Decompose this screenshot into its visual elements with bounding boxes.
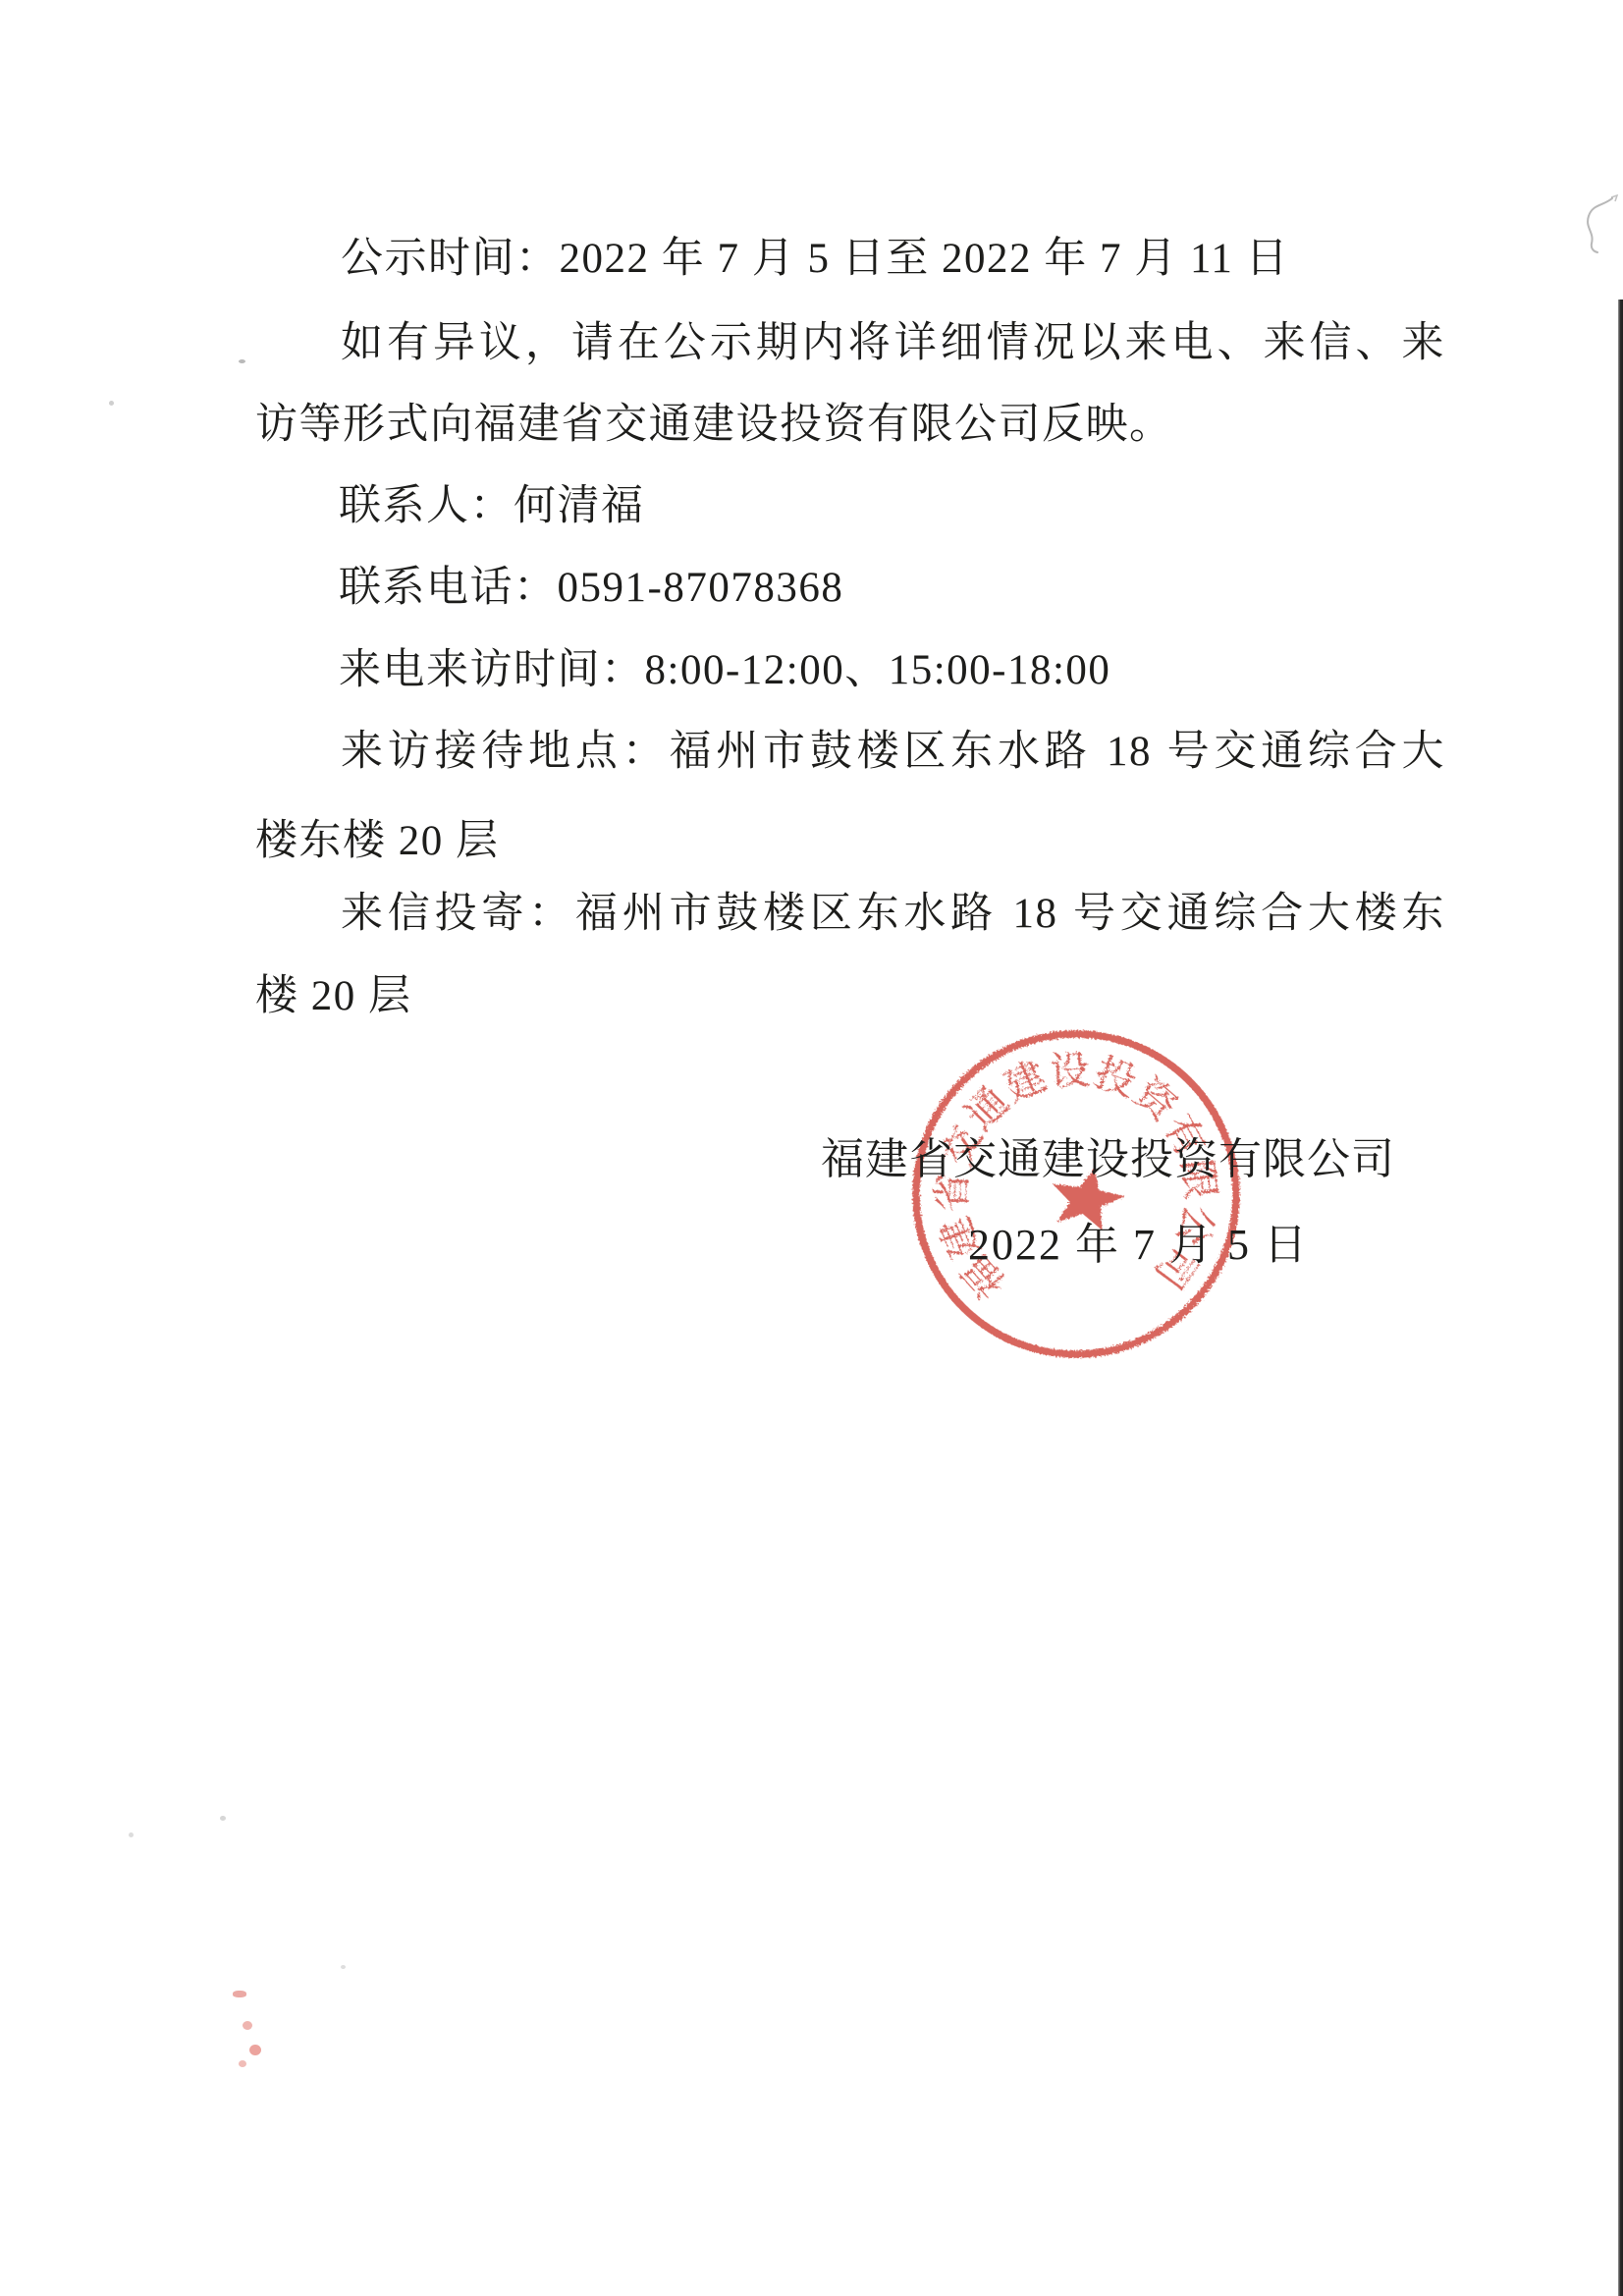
scan-speck — [239, 359, 245, 363]
body-line-publicity-period: 公示时间：2022 年 7 月 5 日至 2022 年 7 月 11 日 — [341, 236, 1289, 283]
scan-speck — [109, 401, 114, 406]
scan-speck — [341, 1965, 346, 1969]
body-line-contact-phone: 联系电话：0591-87078368 — [339, 565, 843, 612]
body-line-objection-2: 访等形式向福建省交通建设投资有限公司反映。 — [255, 402, 1173, 449]
body-line-visit-address-1: 来访接待地点：福州市鼓楼区东水路 18 号交通综合大 — [341, 729, 1445, 776]
body-line-objection-1: 如有异议，请在公示期内将详细情况以来电、来信、来 — [341, 320, 1445, 367]
scan-curl-artifact — [1579, 194, 1623, 259]
body-line-contact-person: 联系人：何清福 — [339, 483, 645, 530]
scan-speck-red — [233, 1991, 246, 1997]
signature-company: 福建省交通建设投资有限公司 — [821, 1136, 1395, 1183]
body-line-visit-address-2: 楼东楼 20 层 — [255, 818, 500, 865]
scan-speck — [129, 1832, 134, 1837]
body-line-mail-address-2: 楼 20 层 — [255, 973, 412, 1020]
scan-speck-red — [239, 2060, 246, 2067]
scan-speck-red — [249, 2045, 261, 2055]
signature-date: 2022 年 7 月 5 日 — [968, 1222, 1309, 1269]
scanned-notice-page: 公示时间：2022 年 7 月 5 日至 2022 年 7 月 11 日 如有异… — [0, 0, 1623, 2296]
company-seal: 福建省交通建设投资有限公司 — [907, 1025, 1245, 1363]
scan-edge-artifact — [1618, 300, 1623, 2296]
scan-speck-red — [243, 2021, 252, 2030]
seal-graphic: 福建省交通建设投资有限公司 — [907, 1025, 1245, 1363]
scan-speck — [220, 1816, 226, 1821]
body-line-visit-hours: 来电来访时间：8:00-12:00、15:00-18:00 — [339, 647, 1110, 694]
body-line-mail-address-1: 来信投寄：福州市鼓楼区东水路 18 号交通综合大楼东 — [341, 891, 1445, 938]
